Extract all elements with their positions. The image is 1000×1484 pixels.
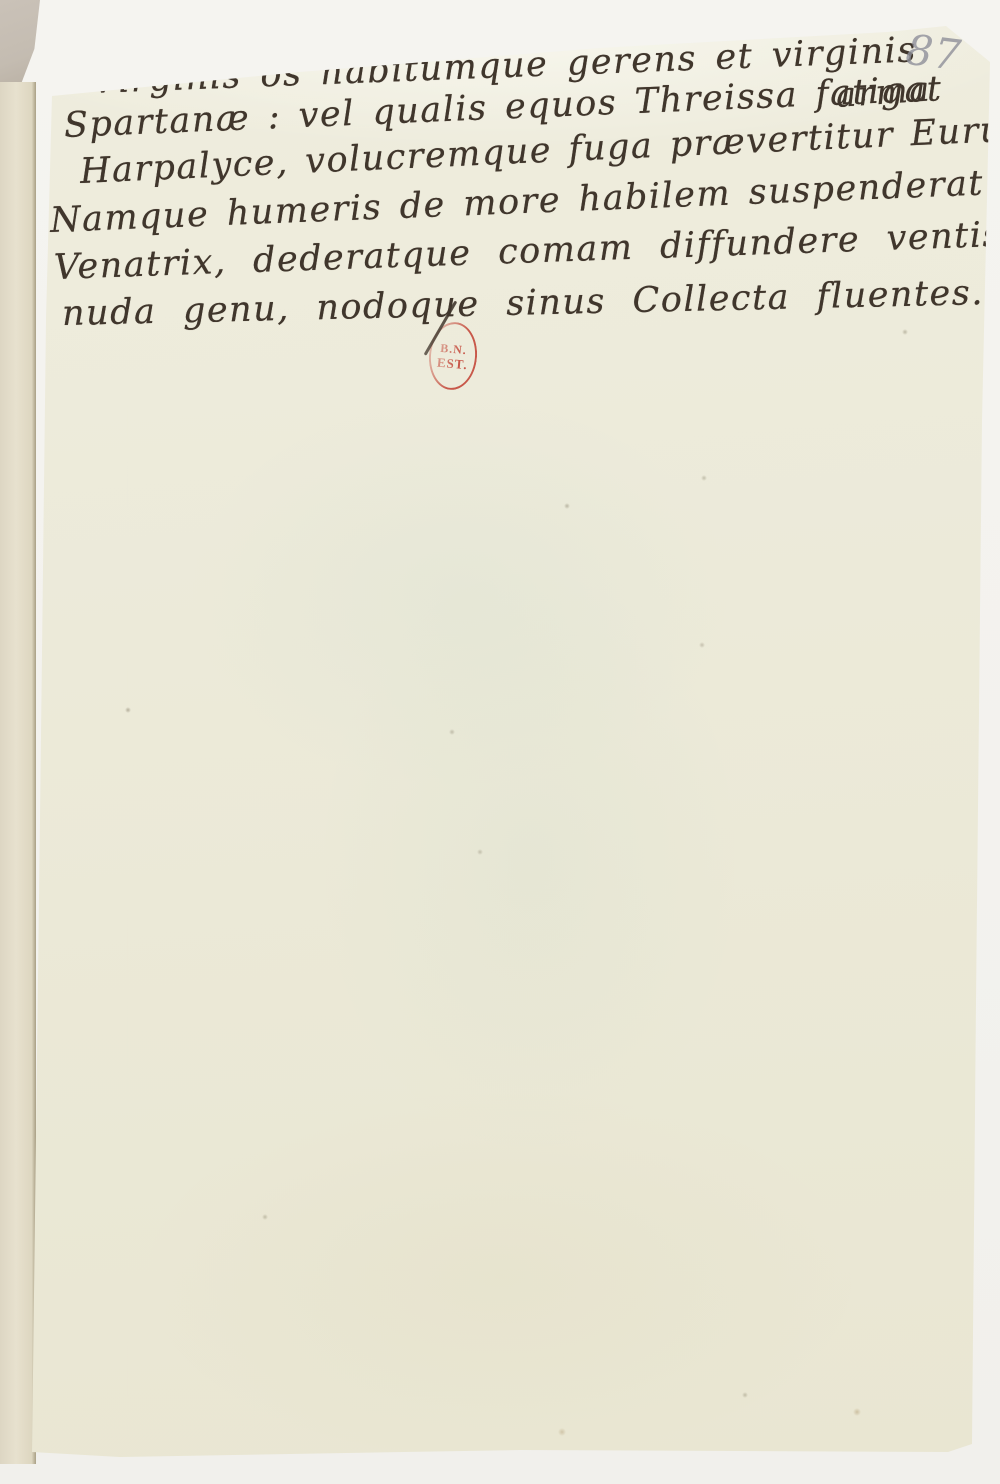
scan-background: Virginis os habitumque gerens et virgini… — [0, 0, 1000, 1484]
manuscript-page: Virginis os habitumque gerens et virgini… — [0, 0, 1000, 1484]
stamp-text-line-1: B.N. — [440, 341, 468, 355]
folio-number-pencil: 87 — [903, 25, 964, 80]
binding-corner-fragment — [0, 0, 40, 94]
previous-page-edge — [0, 82, 36, 1464]
stamp-text-line-2: EST. — [436, 355, 468, 371]
bn-est-library-stamp: B.N. EST. — [426, 320, 480, 392]
